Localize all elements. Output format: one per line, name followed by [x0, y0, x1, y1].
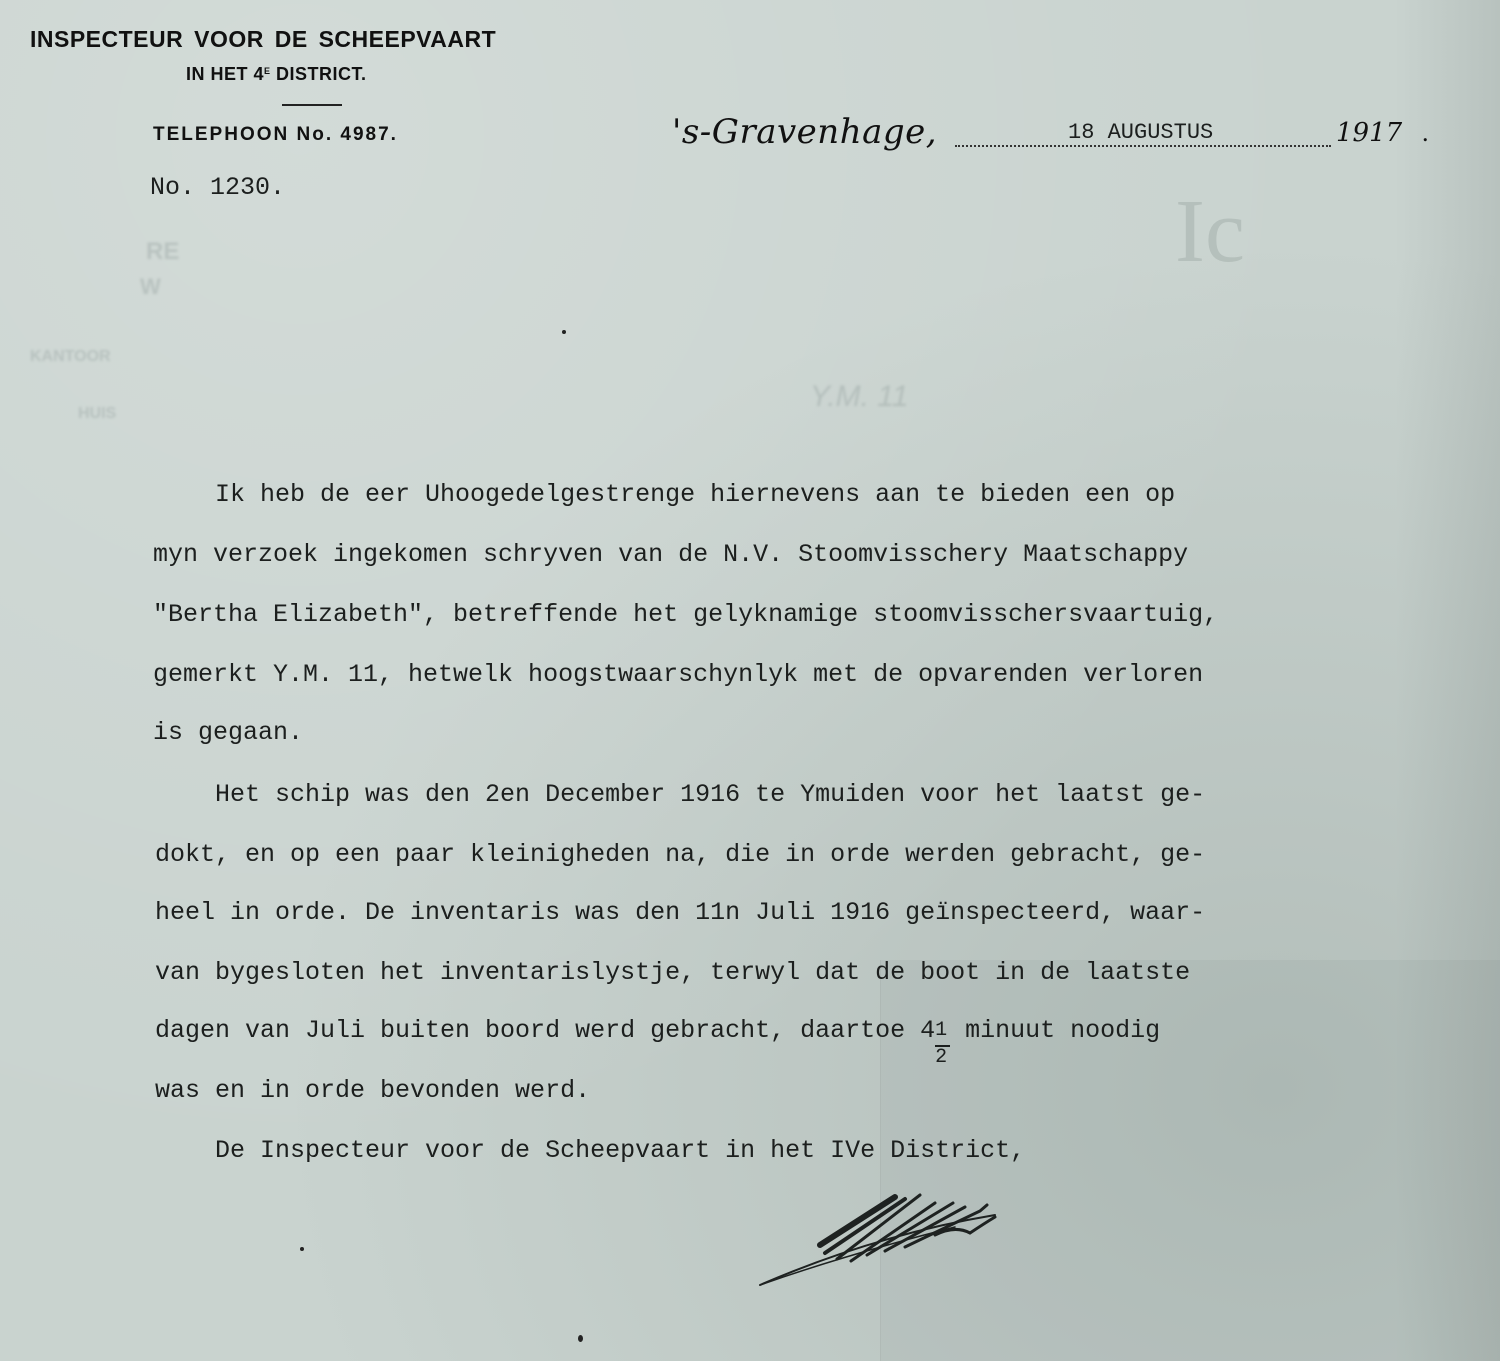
- body-line: Het schip was den 2en December 1916 te Y…: [155, 780, 1205, 809]
- closing-line: De Inspecteur voor de Scheepvaart in het…: [155, 1136, 1025, 1165]
- dateline-dotted-rule: [955, 145, 1331, 147]
- body-line: was en in orde bevonden werd.: [155, 1076, 590, 1105]
- letterhead-telephone: TELEPHOON No. 4987.: [153, 124, 398, 146]
- fraction-denominator: 2: [935, 1046, 947, 1069]
- bleedthrough-label: W: [140, 274, 161, 300]
- paper-speck: [578, 1335, 583, 1342]
- fraction-line-after: minuut noodig: [950, 1016, 1160, 1045]
- body-line: myn verzoek ingekomen schryven van de N.…: [153, 540, 1188, 569]
- body-line: van bygesloten het inventarislystje, ter…: [155, 958, 1190, 987]
- body-line: Ik heb de eer Uhoogedelgestrenge hiernev…: [155, 480, 1175, 509]
- dateline-place: 's-Gravenhage,: [672, 112, 937, 152]
- signature-icon: [755, 1175, 1085, 1295]
- fraction-line-before: dagen van Juli buiten boord werd gebrach…: [155, 1016, 935, 1045]
- letterhead-district: IN HET 4E DISTRICT.: [186, 64, 367, 85]
- body-line: dokt, en op een paar kleinigheden na, di…: [155, 840, 1205, 869]
- reference-number: No. 1230.: [150, 173, 285, 202]
- dateline-end-mark: .: [1422, 118, 1429, 148]
- dateline-date: 18 AUGUSTUS: [1068, 120, 1213, 145]
- paper-speck: [562, 330, 566, 334]
- bleedthrough-label: KANTOOR: [30, 348, 111, 366]
- faint-stamp-mark: Ic: [1175, 180, 1245, 283]
- body-line: is gegaan.: [153, 718, 303, 747]
- letterhead-divider: [282, 104, 342, 106]
- district-suffix: DISTRICT.: [271, 64, 367, 84]
- body-line: heel in orde. De inventaris was den 11n …: [155, 898, 1205, 927]
- body-line-with-fraction: dagen van Juli buiten boord werd gebrach…: [155, 1016, 1160, 1045]
- fraction-numerator: 1: [935, 1019, 947, 1042]
- body-line: "Bertha Elizabeth", betreffende het gely…: [153, 600, 1218, 629]
- bleedthrough-label: HUIS: [78, 405, 116, 423]
- letterhead-title: INSPECTEUR VOOR DE SCHEEPVAART: [30, 26, 496, 53]
- dateline-year: 1917: [1336, 118, 1402, 148]
- bleedthrough-handwriting: Y.M. 11: [810, 380, 908, 414]
- bleedthrough-label: RE: [146, 238, 179, 266]
- paper-speck: [300, 1247, 304, 1251]
- district-prefix: IN HET 4: [186, 64, 264, 84]
- body-line: gemerkt Y.M. 11, hetwelk hoogstwaarschyn…: [153, 660, 1203, 689]
